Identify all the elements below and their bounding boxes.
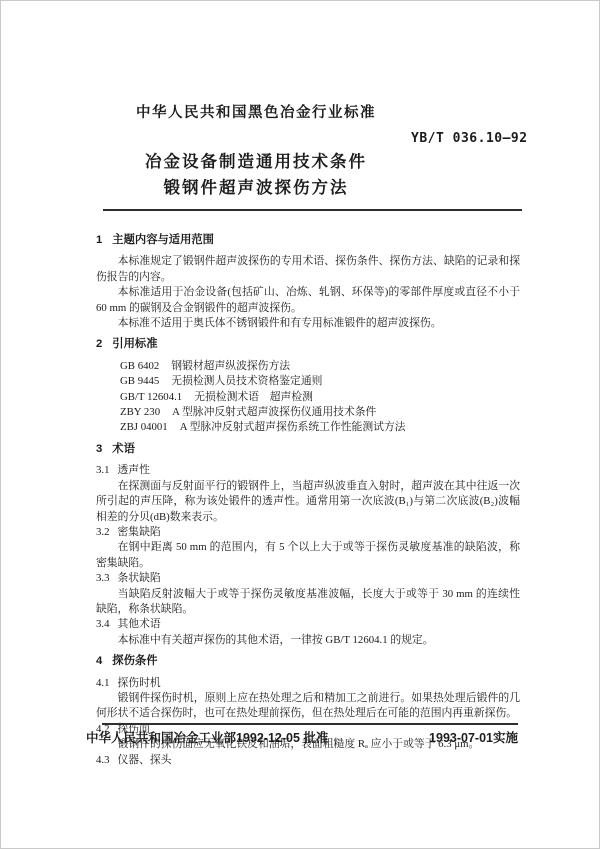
subsection-number: 3.1 xyxy=(96,464,110,476)
reference-title: 无损检测人员技术资格鉴定通则 xyxy=(171,375,322,387)
approval-note: 中华人民共和国冶金工业部1992-12-05 批准 xyxy=(86,728,328,746)
section-title: 术语 xyxy=(112,443,135,455)
subsection-heading: 4.3仪器、探头 xyxy=(96,753,520,768)
subsection-number: 3.3 xyxy=(96,572,110,584)
section-title: 探伤条件 xyxy=(112,655,157,667)
reference-title: 无损检测术语 超声检测 xyxy=(194,391,313,403)
section-number: 2 xyxy=(96,338,102,350)
subsection-heading: 4.1探伤时机 xyxy=(96,676,520,691)
standard-class-line: 中华人民共和国黑色冶金行业标准 xyxy=(0,101,512,122)
reference-code: ZBY 230 xyxy=(120,406,160,418)
reference-code: GB/T 12604.1 xyxy=(120,391,182,403)
header-divider-rule xyxy=(103,209,522,211)
paragraph: 当缺陷反射波幅大于或等于探伤灵敏度基准波幅，长度大于或等于 30 mm 的连续性… xyxy=(96,587,520,618)
section-references: 2引用标准 GB 6402钢锻材超声纵波探伤方法 GB 9445无损检测人员技术… xyxy=(96,337,520,435)
document-title-line2: 锻钢件超声波探伤方法 xyxy=(0,175,512,201)
section-scope-heading: 1主题内容与适用范围 xyxy=(96,233,520,248)
subsection-number: 4.1 xyxy=(96,677,110,689)
paragraph: 本标准不适用于奥氏体不锈钢锻件和有专用标准锻件的超声波探伤。 xyxy=(96,316,520,331)
subsection-title: 探伤时机 xyxy=(118,677,161,689)
document-title-line1: 冶金设备制造通用技术条件 xyxy=(0,149,512,175)
reference-item: GB 6402钢锻材超声纵波探伤方法 xyxy=(120,359,520,374)
paragraph: 本标准规定了锻钢件超声波探伤的专用术语、探伤条件、探伤方法、缺陷的记录和探伤报告… xyxy=(96,254,520,285)
reference-code: ZBJ 04001 xyxy=(120,421,168,433)
subsection-title: 其他术语 xyxy=(118,618,161,630)
paragraph: 本标准中有关超声探伤的其他术语，一律按 GB/T 12604.1 的规定。 xyxy=(96,633,520,648)
section-references-heading: 2引用标准 xyxy=(96,337,520,352)
subsection-heading: 3.4其他术语 xyxy=(96,617,520,632)
section-terminology: 3术语 3.1透声性 在探测面与反射面平行的锻钢件上，当超声纵波垂直入射时，超声… xyxy=(96,442,520,648)
reference-title: A 型脉冲反射式超声探伤系统工作性能测试方法 xyxy=(180,421,406,433)
subsection-heading: 3.1透声性 xyxy=(96,463,520,478)
document-footer: 中华人民共和国冶金工业部1992-12-05 批准 1993-07-01实施 xyxy=(86,728,518,746)
subsection-number: 3.4 xyxy=(96,618,110,630)
section-terminology-heading: 3术语 xyxy=(96,442,520,457)
subsection-4-1: 4.1探伤时机 锻钢件探伤时机，原则上应在热处理之后和精加工之前进行。如果热处理… xyxy=(96,676,520,722)
section-scope: 1主题内容与适用范围 本标准规定了锻钢件超声波探伤的专用术语、探伤条件、探伤方法… xyxy=(96,233,520,331)
section-number: 4 xyxy=(96,655,102,667)
section-conditions: 4探伤条件 4.1探伤时机 锻钢件探伤时机，原则上应在热处理之后和精加工之前进行… xyxy=(96,654,520,768)
subsection-3-3: 3.3条状缺陷 当缺陷反射波幅大于或等于探伤灵敏度基准波幅，长度大于或等于 30… xyxy=(96,571,520,617)
section-title: 主题内容与适用范围 xyxy=(112,234,214,246)
section-number: 1 xyxy=(96,234,102,246)
subsection-3-1: 3.1透声性 在探测面与反射面平行的锻钢件上，当超声纵波垂直入射时，超声波在其中… xyxy=(96,463,520,525)
footer-divider-rule xyxy=(102,723,518,725)
implementation-note: 1993-07-01实施 xyxy=(429,728,518,746)
subsection-title: 条状缺陷 xyxy=(118,572,161,584)
reference-item: ZBY 230A 型脉冲反射式超声波探伤仪通用技术条件 xyxy=(120,405,520,420)
subsection-heading: 3.2密集缺陷 xyxy=(96,525,520,540)
reference-code: GB 6402 xyxy=(120,360,159,372)
subsection-3-2: 3.2密集缺陷 在钢中距离 50 mm 的范围内，有 5 个以上大于或等于探伤灵… xyxy=(96,525,520,571)
subsection-3-4: 3.4其他术语 本标准中有关超声探伤的其他术语，一律按 GB/T 12604.1… xyxy=(96,617,520,648)
subsection-title: 透声性 xyxy=(118,464,150,476)
document-body: 1主题内容与适用范围 本标准规定了锻钢件超声波探伤的专用术语、探伤条件、探伤方法… xyxy=(96,233,520,768)
paragraph: 锻钢件探伤时机，原则上应在热处理之后和精加工之前进行。如果热处理后锻件的几何形状… xyxy=(96,691,520,722)
subsection-number: 3.2 xyxy=(96,526,110,538)
document-title: 冶金设备制造通用技术条件 锻钢件超声波探伤方法 xyxy=(0,149,512,201)
subsection-4-3: 4.3仪器、探头 xyxy=(96,753,520,768)
document-page: 中华人民共和国黑色冶金行业标准 YB/T 036.10—92 冶金设备制造通用技… xyxy=(0,0,600,849)
reference-title: 钢锻材超声纵波探伤方法 xyxy=(171,360,290,372)
reference-item: ZBJ 04001A 型脉冲反射式超声探伤系统工作性能测试方法 xyxy=(120,420,520,435)
reference-item: GB 9445无损检测人员技术资格鉴定通则 xyxy=(120,374,520,389)
subsection-title: 仪器、探头 xyxy=(118,754,172,766)
reference-title: A 型脉冲反射式超声波探伤仪通用技术条件 xyxy=(172,406,376,418)
subsection-heading: 3.3条状缺陷 xyxy=(96,571,520,586)
paragraph: 在钢中距离 50 mm 的范围内，有 5 个以上大于或等于探伤灵敏度基准的缺陷波… xyxy=(96,540,520,571)
section-conditions-heading: 4探伤条件 xyxy=(96,654,520,669)
section-title: 引用标准 xyxy=(112,338,157,350)
subsection-number: 4.3 xyxy=(96,754,110,766)
paragraph: 本标准适用于冶金设备(包括矿山、冶炼、轧钢、环保等)的零部件厚度或直径不小于 6… xyxy=(96,285,520,316)
reference-item: GB/T 12604.1无损检测术语 超声检测 xyxy=(120,390,520,405)
paragraph: 在探测面与反射面平行的锻钢件上，当超声纵波垂直入射时，超声波在其中往返一次所引起… xyxy=(96,479,520,525)
standard-number: YB/T 036.10—92 xyxy=(411,131,528,146)
reference-list: GB 6402钢锻材超声纵波探伤方法 GB 9445无损检测人员技术资格鉴定通则… xyxy=(96,359,520,436)
reference-code: GB 9445 xyxy=(120,375,159,387)
subsection-title: 密集缺陷 xyxy=(118,526,161,538)
section-number: 3 xyxy=(96,443,102,455)
